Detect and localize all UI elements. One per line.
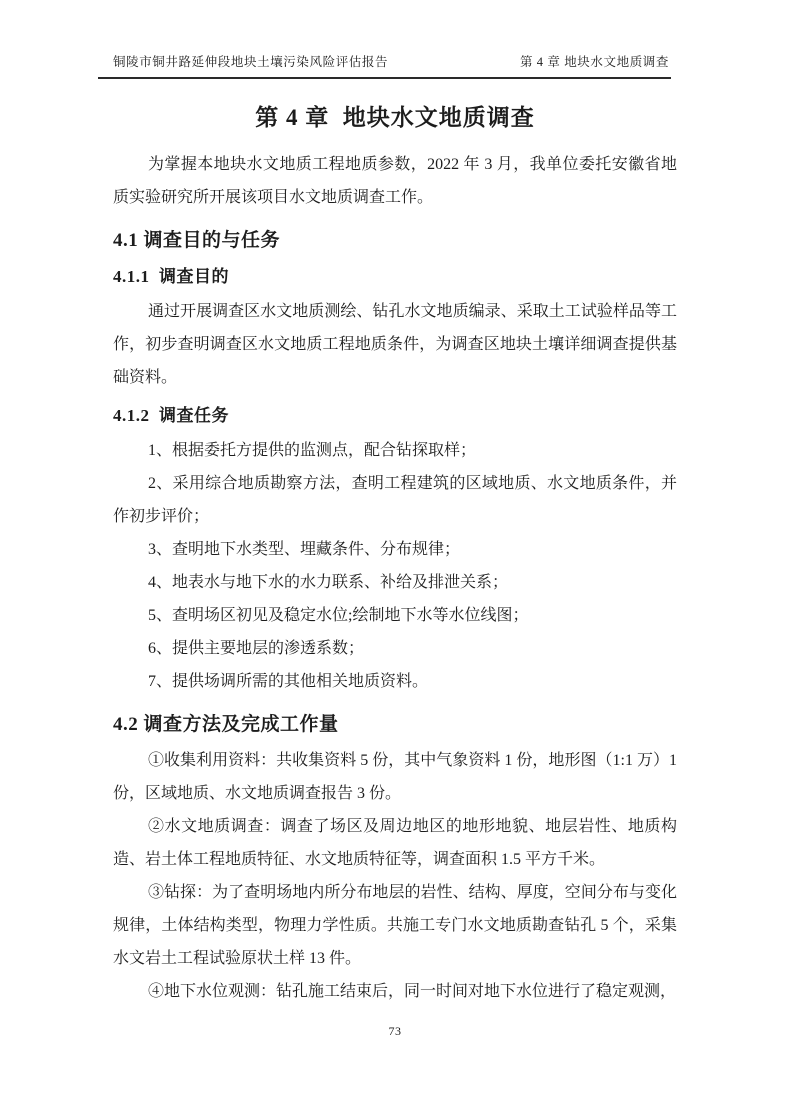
section-4-1-heading: 4.1 调查目的与任务 xyxy=(113,227,677,255)
section-4-1-2-heading: 4.1.2 调查任务 xyxy=(113,403,677,429)
method-paragraph-2: ②水文地质调查：调查了场区及周边地区的地形地貌、地层岩性、地质构造、岩土体工程地… xyxy=(113,810,677,876)
method-paragraph-3: ③钻探：为了查明场地内所分布地层的岩性、结构、厚度，空间分布与变化规律，土体结构… xyxy=(113,876,677,975)
chapter-title: 第 4 章 地块水文地质调查 xyxy=(113,100,677,136)
method-paragraph-4: ④地下水位观测：钻孔施工结束后，同一时间对地下水位进行了稳定观测， xyxy=(113,975,677,1008)
page-number: 73 xyxy=(389,1024,402,1038)
task-item-6: 6、提供主要地层的渗透系数； xyxy=(113,632,677,665)
task-item-3: 3、查明地下水类型、埋藏条件、分布规律； xyxy=(113,533,677,566)
page-header: 铜陵市铜井路延伸段地块土壤污染风险评估报告 第 4 章 地块水文地质调查 xyxy=(98,52,671,79)
page-footer: 73 xyxy=(0,1024,790,1039)
purpose-paragraph: 通过开展调查区水文地质测绘、钻孔水文地质编录、采取土工试验样品等工作，初步查明调… xyxy=(113,295,677,394)
task-item-5: 5、查明场区初见及稳定水位;绘制地下水等水位线图； xyxy=(113,599,677,632)
method-paragraph-1: ①收集利用资料：共收集资料 5 份，其中气象资料 1 份，地形图（1:1 万）1… xyxy=(113,744,677,810)
section-4-1-1-heading: 4.1.1 调查目的 xyxy=(113,264,677,290)
task-item-4: 4、地表水与地下水的水力联系、补给及排泄关系； xyxy=(113,566,677,599)
task-item-1: 1、根据委托方提供的监测点，配合钻探取样； xyxy=(113,434,677,467)
header-row: 铜陵市铜井路延伸段地块土壤污染风险评估报告 第 4 章 地块水文地质调查 xyxy=(98,52,671,70)
intro-paragraph: 为掌握本地块水文地质工程地质参数，2022 年 3 月，我单位委托安徽省地质实验… xyxy=(113,148,677,214)
document-page: 铜陵市铜井路延伸段地块土壤污染风险评估报告 第 4 章 地块水文地质调查 第 4… xyxy=(0,0,790,1119)
task-item-7: 7、提供场调所需的其他相关地质资料。 xyxy=(113,665,677,698)
header-left-title: 铜陵市铜井路延伸段地块土壤污染风险评估报告 xyxy=(113,52,388,70)
section-4-2-heading: 4.2 调查方法及完成工作量 xyxy=(113,711,677,739)
page-content: 第 4 章 地块水文地质调查 为掌握本地块水文地质工程地质参数，2022 年 3… xyxy=(113,94,677,1008)
task-item-2: 2、采用综合地质勘察方法，查明工程建筑的区域地质、水文地质条件，并作初步评价； xyxy=(113,467,677,533)
header-right-title: 第 4 章 地块水文地质调查 xyxy=(520,52,669,70)
